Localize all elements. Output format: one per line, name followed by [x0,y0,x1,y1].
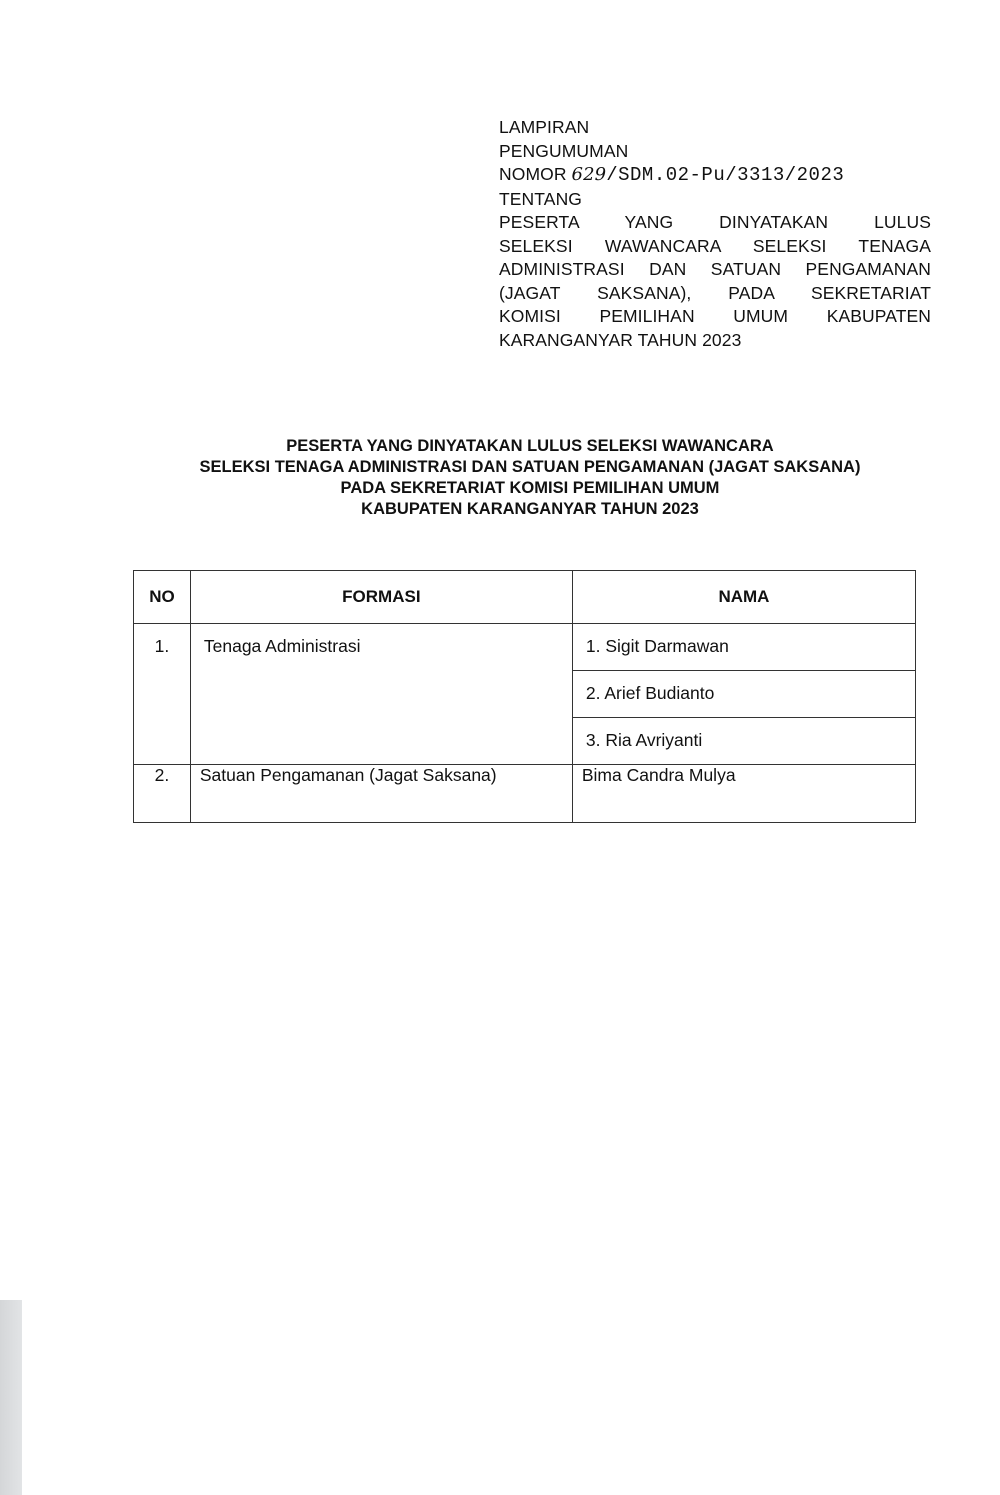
handwritten-number: 629 [572,164,607,185]
formasi-name: Satuan Pengamanan (Jagat Saksana) [191,765,572,786]
row-number-cell: 1. [134,624,191,765]
participant-name: 1. Sigit Darmawan [573,624,915,657]
header-no: NO [134,571,191,624]
document-title: PESERTA YANG DINYATAKAN LULUS SELEKSI WA… [100,436,960,520]
formasi-name: Tenaga Administrasi [191,624,572,657]
name-cell: 2. Arief Budianto [572,671,915,718]
number-label: NOMOR [499,164,567,184]
title-line: PADA SEKRETARIAT KOMISI PEMILIHAN UMUM [100,478,960,499]
name-cell: 1. Sigit Darmawan [572,624,915,671]
subject-line: PESERTA YANG DINYATAKAN LULUS [499,211,931,235]
number-code: /SDM.02-Pu/3313/2023 [606,164,844,186]
subject-line: (JAGAT SAKSANA), PADA SEKRETARIAT [499,282,931,306]
title-line: KABUPATEN KARANGANYAR TAHUN 2023 [100,499,960,520]
row-number: 1. [134,624,190,657]
participant-name: 3. Ria Avriyanti [573,718,915,751]
table-row: 1. Tenaga Administrasi 1. Sigit Darmawan [134,624,916,671]
announcement-label: PENGUMUMAN [499,140,931,164]
subject-line: KOMISI PEMILIHAN UMUM KABUPATEN [499,305,931,329]
name-cell: 3. Ria Avriyanti [572,718,915,765]
title-line: SELEKSI TENAGA ADMINISTRASI DAN SATUAN P… [100,457,960,478]
subject-line: SELEKSI WAWANCARA SELEKSI TENAGA [499,235,931,259]
document-number: NOMOR 629/SDM.02-Pu/3313/2023 [499,163,931,188]
row-number-cell: 2. [134,765,191,823]
formasi-cell: Tenaga Administrasi [190,624,572,765]
participant-name: 2. Arief Budianto [573,671,915,704]
header-nama: NAMA [572,571,915,624]
row-number: 2. [134,765,190,786]
participant-name: Bima Candra Mulya [573,765,915,786]
name-cell: Bima Candra Mulya [572,765,915,823]
formasi-cell: Satuan Pengamanan (Jagat Saksana) [190,765,572,823]
attachment-header: LAMPIRAN PENGUMUMAN NOMOR 629/SDM.02-Pu/… [499,116,931,352]
subject-line: ADMINISTRASI DAN SATUAN PENGAMANAN [499,258,931,282]
scan-edge-shadow [0,1300,22,1495]
table-row: 2. Satuan Pengamanan (Jagat Saksana) Bim… [134,765,916,823]
regarding-label: TENTANG [499,188,931,212]
participants-table: NO FORMASI NAMA 1. Tenaga Administrasi 1… [133,570,916,823]
table-header-row: NO FORMASI NAMA [134,571,916,624]
title-line: PESERTA YANG DINYATAKAN LULUS SELEKSI WA… [100,436,960,457]
subject-line: KARANGANYAR TAHUN 2023 [499,329,931,353]
attachment-label: LAMPIRAN [499,116,931,140]
header-formasi: FORMASI [190,571,572,624]
